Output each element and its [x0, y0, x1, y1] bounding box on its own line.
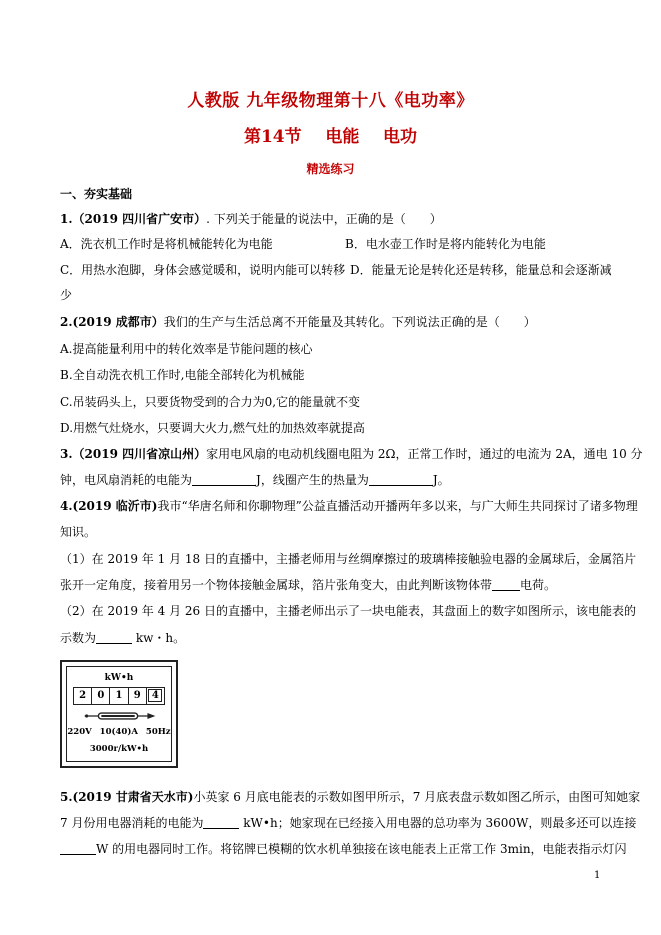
option-2b: B.全自动洗衣机工作时,电能全部转化为机械能 — [60, 367, 605, 383]
meter-panel: kW•h 2 0 1 9 4 220V 10(40)A 50Hz 3000r/k… — [66, 666, 172, 762]
meter-digit: 1 — [110, 688, 128, 704]
electric-meter-figure: kW•h 2 0 1 9 4 220V 10(40)A 50Hz 3000r/k… — [60, 660, 178, 768]
question-4-source: 4.(2019 临沂市) — [60, 499, 157, 513]
question-1-source: 1.（2019 四川省广安市） — [60, 212, 206, 226]
section-heading: 一、夯实基础 — [60, 186, 605, 202]
question-1-options-cd: C．用热水泡脚，身体会感觉暖和，说明内能可以转移 D．能量无论是转化还是转移，能… — [60, 262, 605, 278]
option-2a: A.提高能量利用中的转化效率是节能问题的核心 — [60, 341, 605, 357]
question-4-part-1-line-2: 张开一定角度，接着用另一个物体接触金属球，箔片张角变大，由此判断该物体带电荷。 — [60, 577, 605, 593]
meter-decimal-value: 4 — [148, 689, 162, 702]
question-3-source: 3.（2019 四川省凉山州） — [60, 447, 206, 461]
section-number: 第14节 — [244, 122, 302, 147]
question-3-line-2: 钟，电风扇消耗的电能为J，线圈产生的热量为J。 — [60, 472, 605, 488]
practice-tag: 精选练习 — [0, 160, 661, 177]
question-4: 4.(2019 临沂市)我市“华唐名师和你聊物理”公益直播活动开播两年多以来，与… — [60, 498, 605, 514]
meter-spec-label: 220V 10(40)A 50Hz — [67, 727, 171, 737]
option-1c: C．用热水泡脚，身体会感觉暖和，说明内能可以转移 — [60, 263, 345, 277]
question-2: 2.(2019 成都市）我们的生产与生活总离不开能量及其转化。下列说法正确的是（… — [60, 314, 605, 330]
meter-digit: 2 — [74, 688, 92, 704]
question-3-text-a: 钟，电风扇消耗的电能为 — [60, 473, 192, 487]
meter-digit: 9 — [129, 688, 147, 704]
question-4-part-2-text: 示数为 — [60, 631, 96, 645]
answer-blank-heat[interactable] — [369, 473, 433, 486]
section-topic-1: 电能 — [325, 122, 359, 147]
question-5: 5.(2019 甘肃省天水市)小英家 6 月底电能表的示数如图甲所示，7 月底表… — [60, 789, 605, 805]
meter-digit-row: 2 0 1 9 4 — [73, 687, 165, 705]
question-3: 3.（2019 四川省凉山州）家用电风扇的电动机线圈电阻为 2Ω，正常工作时，通… — [60, 446, 605, 462]
option-2c: C.吊装码头上，只要货物受到的合力为0,它的能量就不变 — [60, 394, 605, 410]
document-page: 人教版 九年级物理第十八《电功率》 第14节 电能 电功 精选练习 一、夯实基础… — [0, 0, 661, 935]
option-1d: D．能量无论是转化还是转移，能量总和会逐渐减 — [350, 262, 612, 278]
answer-blank-reading[interactable] — [96, 631, 132, 644]
option-1d-continued: 少 — [60, 287, 605, 303]
question-3-stem: 家用电风扇的电动机线圈电阻为 2Ω，正常工作时，通过的电流为 2A，通电 10 … — [206, 447, 642, 461]
answer-blank-power[interactable] — [60, 842, 96, 855]
page-number: 1 — [594, 870, 600, 881]
section-topic-2: 电功 — [383, 122, 417, 147]
question-1-options-ab: A．洗衣机工作时是将机械能转化为电能 B．电水壶工作时是将内能转化为电能 — [60, 236, 605, 252]
question-4-part-2-line-2: 示数为 kw・h。 — [60, 630, 605, 646]
option-2d: D.用燃气灶烧水，只要调大火力,燃气灶的加热效率就提高 — [60, 420, 605, 436]
document-title: 人教版 九年级物理第十八《电功率》 — [0, 86, 661, 111]
question-1: 1.（2019 四川省广安市）. 下列关于能量的说法中，正确的是（ ） — [60, 211, 605, 227]
question-4-part-1: （1）在 2019 年 1 月 18 日的直播中，主播老师用与丝绸摩擦过的玻璃棒… — [60, 551, 605, 567]
question-3-text-c: J。 — [433, 473, 450, 487]
meter-decimal-digit: 4 — [147, 688, 164, 704]
question-4-stem-continued: 知识。 — [60, 524, 605, 540]
question-2-stem: 我们的生产与生活总离不开能量及其转化。下列说法正确的是（ ） — [164, 315, 536, 329]
question-4-stem: 我市“华唐名师和你聊物理”公益直播活动开播两年多以来，与广大师生共同探讨了诸多物… — [157, 499, 637, 513]
question-5-text-c: W 的用电器同时工作。将铭牌已模糊的饮水机单独接在该电能表上正常工作 3min，… — [96, 842, 627, 856]
question-5-stem: 小英家 6 月底电能表的示数如图甲所示，7 月底表盘示数如图乙所示，由图可知她家 — [193, 790, 640, 804]
question-5-source: 5.(2019 甘肃省天水市) — [60, 790, 193, 804]
question-5-line-2: 7 月份用电器消耗的电能为 kW•h；她家现在已经接入用电器的总功率为 3600… — [60, 815, 605, 831]
question-3-text-b: J，线圈产生的热量为 — [256, 473, 369, 487]
option-1b: B．电水壶工作时是将内能转化为电能 — [345, 236, 546, 252]
question-5-line-3: W 的用电器同时工作。将铭牌已模糊的饮水机单独接在该电能表上正常工作 3min，… — [60, 841, 605, 857]
question-2-source: 2.(2019 成都市） — [60, 315, 164, 329]
question-5-text-a: 7 月份用电器消耗的电能为 — [60, 816, 203, 830]
option-1a: A．洗衣机工作时是将机械能转化为电能 — [60, 237, 273, 251]
question-1-stem: . 下列关于能量的说法中，正确的是（ ） — [206, 212, 442, 226]
question-4-part-2: （2）在 2019 年 4 月 26 日的直播中，主播老师出示了一块电能表，其盘… — [60, 603, 605, 619]
meter-digit: 0 — [92, 688, 110, 704]
answer-blank-energy[interactable] — [192, 473, 256, 486]
question-4-part-2-unit: kw・h。 — [136, 631, 185, 645]
question-4-part-1-text: 张开一定角度，接着用另一个物体接触金属球，箔片张角变大，由此判断该物体带 — [60, 578, 492, 592]
answer-blank-charge[interactable] — [492, 578, 520, 591]
section-title: 第14节 电能 电功 — [0, 122, 661, 147]
meter-unit-label: kW•h — [67, 673, 171, 683]
question-4-part-1-suffix: 电荷。 — [520, 578, 556, 592]
answer-blank-energy-used[interactable] — [203, 816, 239, 829]
meter-rev-label: 3000r/kW•h — [67, 744, 171, 754]
meter-rotor-icon — [67, 711, 171, 721]
question-5-text-b: kW•h；她家现在已经接入用电器的总功率为 3600W，则最多还可以连接 — [243, 816, 636, 830]
